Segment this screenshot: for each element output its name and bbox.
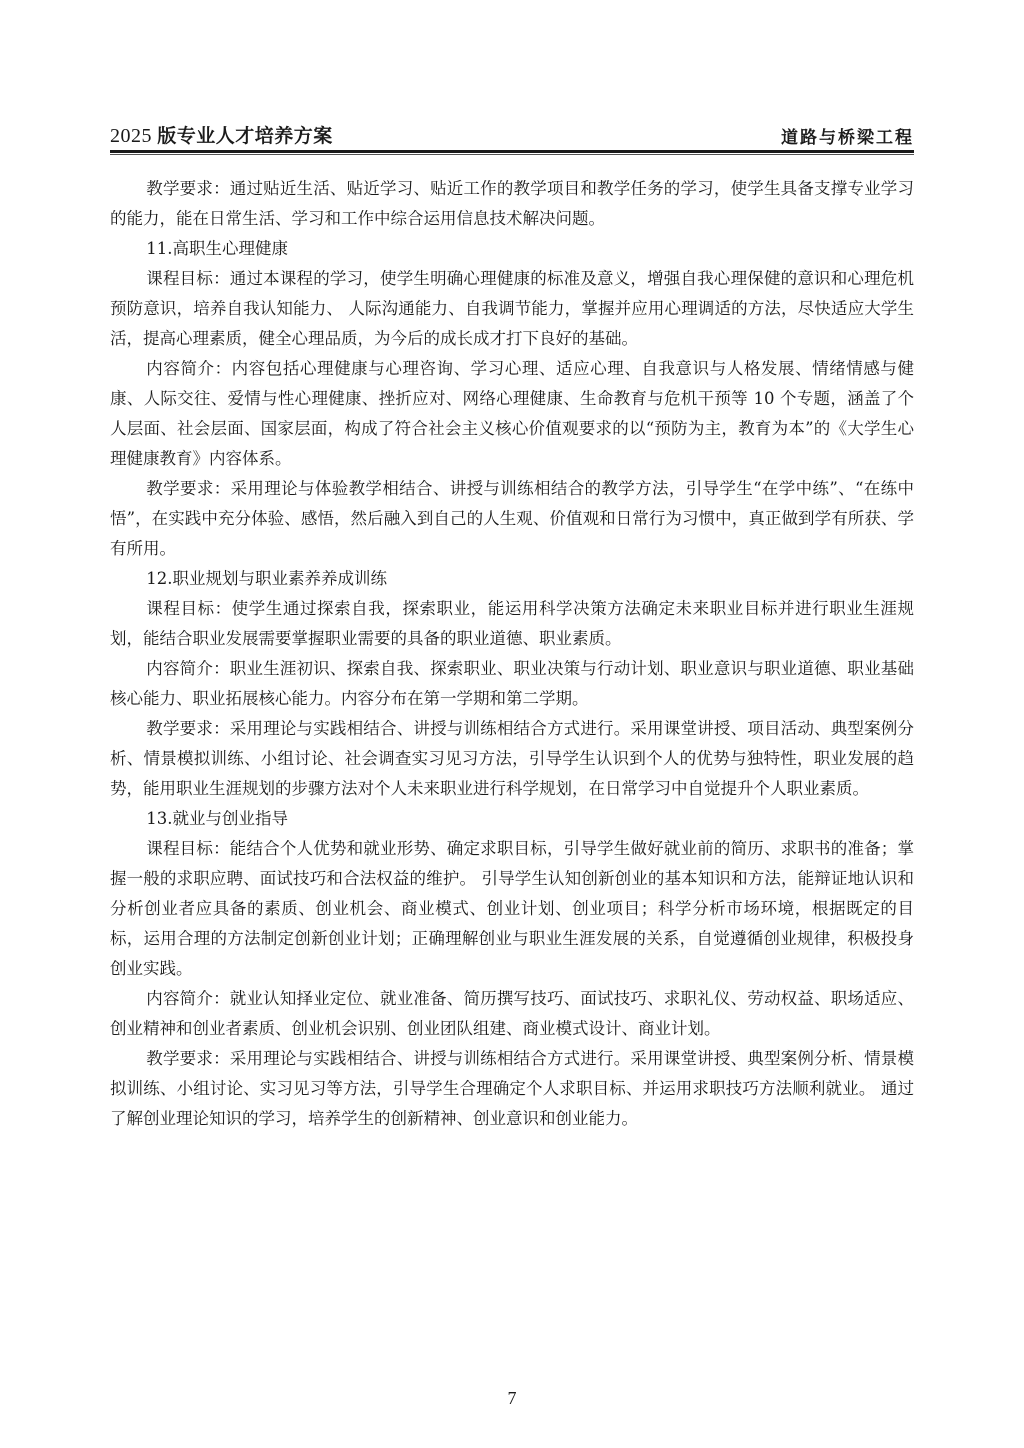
- paragraph-teaching-requirement: 教学要求：通过贴近生活、贴近学习、贴近工作的教学项目和教学任务的学习，使学生具备…: [110, 174, 914, 234]
- document-body: 教学要求：通过贴近生活、贴近学习、贴近工作的教学项目和教学任务的学习，使学生具备…: [110, 174, 914, 1134]
- paragraph-content-intro: 内容简介：职业生涯初识、探索自我、探索职业、职业决策与行动计划、职业意识与职业道…: [110, 654, 914, 714]
- paragraph-content-intro: 内容简介：内容包括心理健康与心理咨询、学习心理、适应心理、自我意识与人格发展、情…: [110, 354, 914, 474]
- paragraph-course-goal: 课程目标：通过本课程的学习，使学生明确心理健康的标准及意义，增强自我心理保健的意…: [110, 264, 914, 354]
- section-heading-11: 11.高职生心理健康: [110, 234, 914, 264]
- paragraph-course-goal: 课程目标：能结合个人优势和就业形势、确定求职目标，引导学生做好就业前的简历、求职…: [110, 834, 914, 984]
- document-year: 2025: [110, 125, 152, 147]
- paragraph-teaching-requirement: 教学要求：采用理论与体验教学相结合、讲授与训练相结合的教学方法，引导学生“在学中…: [110, 474, 914, 564]
- document-title: 2025 版专业人才培养方案: [110, 121, 333, 148]
- page-number: 7: [0, 1388, 1024, 1409]
- section-heading-12: 12.职业规划与职业素养养成训练: [110, 564, 914, 594]
- paragraph-course-goal: 课程目标：使学生通过探索自我，探索职业，能运用科学决策方法确定未来职业目标并进行…: [110, 594, 914, 654]
- page-header: 2025 版专业人才培养方案 道路与桥梁工程: [110, 122, 914, 148]
- program-name: 道路与桥梁工程: [781, 123, 914, 148]
- paragraph-content-intro: 内容简介：就业认知择业定位、就业准备、简历撰写技巧、面试技巧、求职礼仪、劳动权益…: [110, 984, 914, 1044]
- paragraph-teaching-requirement: 教学要求：采用理论与实践相结合、讲授与训练相结合方式进行。采用课堂讲授、项目活动…: [110, 714, 914, 804]
- section-heading-13: 13.就业与创业指导: [110, 804, 914, 834]
- document-title-text: 版专业人才培养方案: [152, 126, 333, 147]
- paragraph-teaching-requirement: 教学要求：采用理论与实践相结合、讲授与训练相结合方式进行。采用课堂讲授、典型案例…: [110, 1044, 914, 1134]
- header-divider: [110, 150, 914, 157]
